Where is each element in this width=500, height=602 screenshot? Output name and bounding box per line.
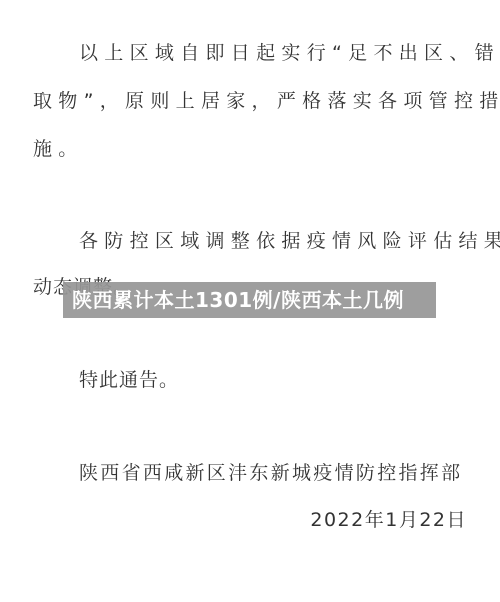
- issuer-signature: 陕西省西咸新区沣东新城疫情防控指挥部: [79, 461, 462, 485]
- title-overlay-banner: 陕西累计本土1301例/陕西本土几例: [63, 282, 436, 318]
- paragraph-2-line-1: 各防控区域调整依据疫情风险评估结果: [79, 229, 500, 253]
- closing-statement: 特此通告。: [79, 368, 179, 392]
- issue-date: 2022年1月22日: [310, 508, 467, 532]
- banner-title: 陕西累计本土1301例/陕西本土几例: [72, 287, 404, 313]
- paragraph-1-line-1: 以上区域自即日起实行“足不出区、错峰: [79, 41, 500, 65]
- paragraph-1-line-2: 取物”，原则上居家，严格落实各项管控措: [33, 89, 500, 113]
- paragraph-1-line-3: 施。: [33, 137, 84, 161]
